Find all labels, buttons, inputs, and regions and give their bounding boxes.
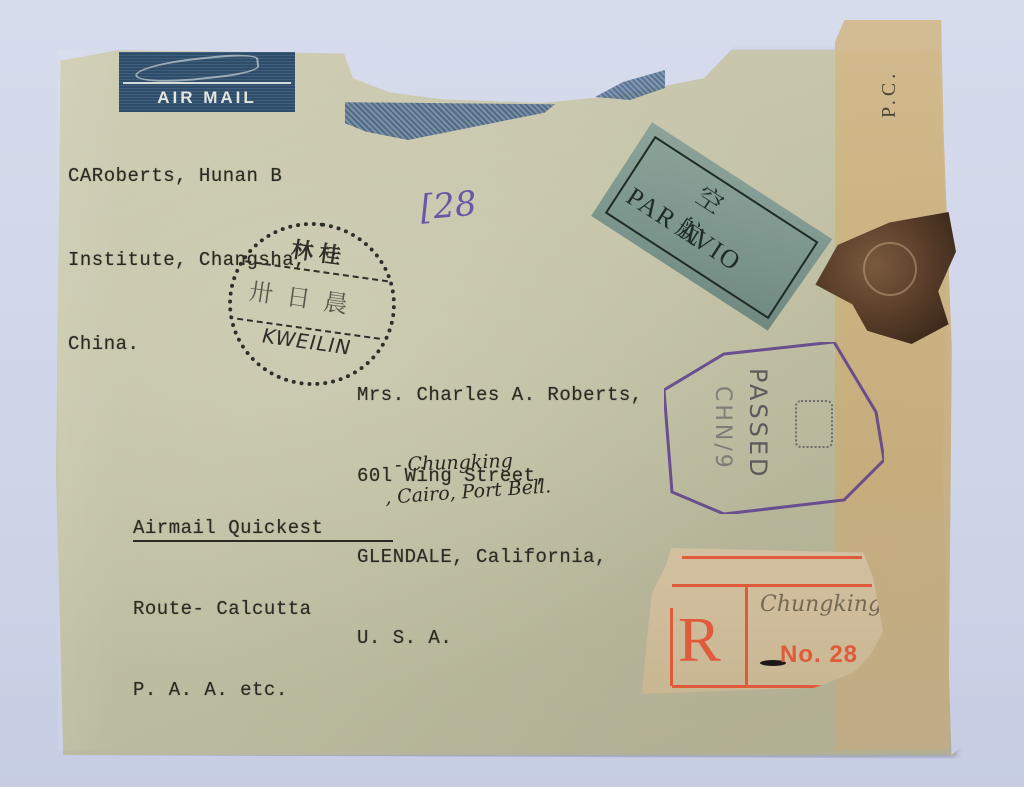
- crown-icon: [795, 400, 833, 448]
- censor-passed-text: PASSED: [744, 368, 772, 479]
- airmail-band: AIR MAIL: [119, 52, 295, 112]
- pencil-note: [28: [418, 184, 478, 229]
- route-instructions: Airmail Quickest Route- Calcutta P. A. A…: [133, 461, 323, 758]
- envelope-photo: AIR MAIL CARoberts, Hunan B Institute, C…: [0, 0, 1024, 787]
- sender-line: CARoberts, Hunan B: [68, 162, 306, 190]
- route-line: Route- Calcutta: [133, 596, 323, 623]
- censor-stamp-outline: [664, 342, 884, 514]
- route-line: Airmail Quickest: [133, 515, 323, 542]
- airmail-text: AIR MAIL: [119, 88, 295, 108]
- recipient-line: GLENDALE, California,: [357, 544, 643, 571]
- label-rule: [670, 608, 673, 686]
- side-text: P.C.: [878, 70, 901, 118]
- label-rule: [682, 556, 862, 559]
- handwritten-note: - Chungking: [395, 450, 514, 476]
- route-underline: [133, 540, 393, 542]
- route-line: P. A. A. etc.: [133, 677, 323, 704]
- recipient-line: U. S. A.: [357, 625, 643, 652]
- censor-code: CHN/9: [710, 386, 735, 471]
- recipient-address: Mrs. Charles A. Roberts, 60l Wing Street…: [357, 328, 643, 706]
- registration-number: No. 28: [780, 641, 858, 669]
- registration-handwritten: Chungking: [760, 592, 882, 617]
- recipient-line: Mrs. Charles A. Roberts,: [357, 382, 643, 409]
- airmail-rule: [123, 82, 291, 84]
- registration-letter: R: [678, 608, 721, 672]
- pencil-note-number: 28: [432, 184, 479, 228]
- label-divider: [745, 586, 748, 686]
- label-rule: [672, 584, 872, 587]
